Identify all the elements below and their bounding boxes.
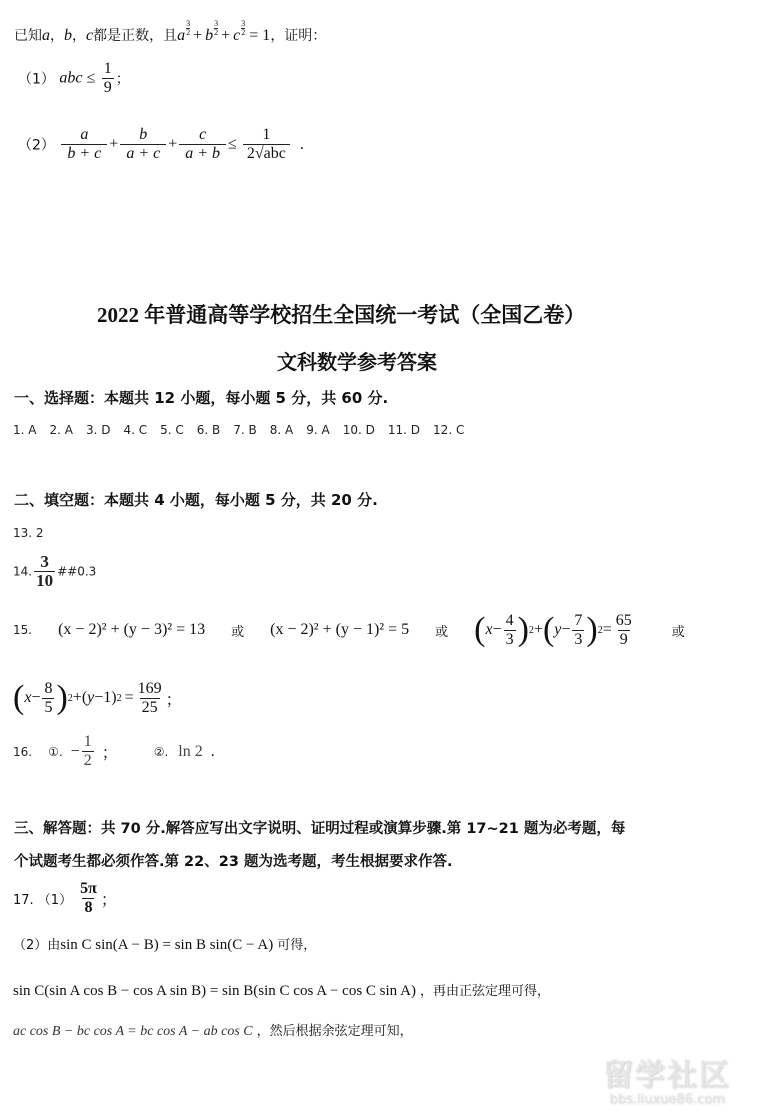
fraction: 19 <box>102 60 114 97</box>
suffix: ，然后根据余弦定理可知， <box>257 1024 413 1039</box>
equation: sin C(sin A cos B − cos A sin B) = sin B… <box>13 983 416 999</box>
var-b: b <box>64 27 72 44</box>
answer-item: 11. D <box>388 423 420 437</box>
answer-item: 1. A <box>13 423 36 437</box>
problem-part-2: （2） ab + c+ba + c+ca + b≤12√abc. <box>18 126 304 163</box>
intro-mid: 都是正数，且 <box>93 28 177 44</box>
section-3-heading-line1: 三、解答题：共 70 分.解答应写出文字说明、证明过程或演算步骤.第 17~21… <box>14 817 625 838</box>
leq: ≤ <box>228 136 237 153</box>
term-a: a <box>177 27 185 44</box>
sep: ， <box>50 28 64 44</box>
answer-ln2: ln 2 <box>178 743 202 761</box>
period: . <box>211 743 215 761</box>
alt-answer: ##0.3 <box>57 565 96 579</box>
answer-item: 4. C <box>123 423 147 437</box>
section-1-heading: 一、选择题：本题共 12 小题，每小题 5 分，共 60 分. <box>14 387 388 408</box>
answer-17-part2-line1: （2）由sin C sin(A − B) = sin B sin(C − A)可… <box>13 934 316 954</box>
page-title: 2022 年普通高等学校招生全国统一考试（全国乙卷） <box>97 299 585 329</box>
fraction: 5π8 <box>78 880 99 917</box>
choice-answers: 1. A2. A3. D4. C5. C6. B7. B8. A9. A10. … <box>13 423 464 437</box>
fraction: ca + b <box>179 126 226 163</box>
answer-item: 7. B <box>233 423 257 437</box>
page-subtitle: 文科数学参考答案 <box>277 346 437 375</box>
exponent: 32 <box>186 20 190 37</box>
answer-15: 15. (x − 2)² + (y − 3)² = 13 或 (x − 2)² … <box>13 606 685 654</box>
equation-3: (x−43)2+(y−73)2=659 <box>474 612 636 649</box>
part-marker: ②. <box>154 745 169 759</box>
answer-item: 5. C <box>160 423 184 437</box>
answer-item: 12. C <box>433 423 464 437</box>
fraction: 12 <box>82 733 94 770</box>
answer-item: 10. D <box>343 423 375 437</box>
equals-one: = 1 <box>249 27 270 44</box>
answer-15-continued: (x−85)2+(y−1)2=16925； <box>13 674 182 722</box>
answer-item: 6. B <box>197 423 221 437</box>
question-label: 15. <box>13 623 32 637</box>
plus: + <box>168 136 177 153</box>
answer-16: 16. ①. −12 ； ②. ln 2 . <box>13 733 215 770</box>
question-label: 14. <box>13 565 32 579</box>
plus: + <box>109 136 118 153</box>
part-label: （1） <box>18 72 55 88</box>
answer-item: 8. A <box>270 423 293 437</box>
part-label: （2） <box>18 138 55 154</box>
fraction: ab + c <box>61 126 107 163</box>
semicolon: ； <box>116 72 130 88</box>
exponent: 32 <box>214 20 218 37</box>
section-2-heading: 二、填空题：本题共 4 小题，每小题 5 分，共 20 分. <box>14 489 378 510</box>
sep: ， <box>72 28 86 44</box>
term-c: c <box>233 27 240 44</box>
fraction: 12√abc <box>243 126 290 163</box>
section-3-heading-line2: 个试题考生都必须作答.第 22、23 题为选考题，考生根据要求作答. <box>14 850 452 871</box>
question-label: 17. （1） <box>13 889 72 908</box>
var-a: a <box>42 27 50 44</box>
question-label: 16. <box>13 745 32 759</box>
suffix: 可得， <box>277 938 316 953</box>
answer-17-part1: 17. （1） 5π8 ； <box>13 880 117 917</box>
term-b: b <box>205 27 213 44</box>
suffix: ，再由正弦定理可得， <box>420 984 550 999</box>
answer-item: 9. A <box>306 423 329 437</box>
intro-prefix: 已知 <box>14 28 42 44</box>
equation: sin C sin(A − B) = sin B sin(C − A) <box>60 937 273 953</box>
answer-17-part2-line3: ac cos B − bc cos A = bc cos A − ab cos … <box>13 1020 413 1040</box>
semicolon: ； <box>102 740 118 763</box>
answer-17-part2-line2: sin C(sin A cos B − cos A sin B) = sin B… <box>13 980 550 1000</box>
or-text: 或 <box>435 621 448 640</box>
prefix: （2）由 <box>13 938 60 953</box>
part1-lhs: abc ≤ <box>59 70 95 87</box>
part-marker: ①. <box>48 745 63 759</box>
or-text: 或 <box>231 621 244 640</box>
equation-1: (x − 2)² + (y − 3)² = 13 <box>58 621 205 639</box>
answer-14: 14.310##0.3 <box>13 553 96 590</box>
equation-4: (x−85)2+(y−1)2=16925； <box>13 680 182 717</box>
equation: ac cos B − bc cos A = bc cos A − ab cos … <box>13 1024 253 1039</box>
plus: + <box>221 27 230 44</box>
answer-item: 2. A <box>49 423 72 437</box>
watermark-brand: 留学社区 <box>603 1050 731 1094</box>
fraction: 310 <box>34 553 55 590</box>
plus: + <box>193 27 202 44</box>
fraction: ba + c <box>120 126 166 163</box>
problem-part-1: （1） abc ≤ 19； <box>18 60 130 97</box>
answer-item: 3. D <box>86 423 111 437</box>
problem-intro: 已知a，b，c都是正数，且a32+b32+c32= 1，证明： <box>14 20 326 45</box>
watermark-logo: 留学社区 bbs.liuxue86.com <box>603 1050 731 1107</box>
answer-13: 13. 2 <box>13 526 44 540</box>
exponent: 32 <box>241 20 245 37</box>
or-text: 或 <box>672 621 685 640</box>
semicolon: ； <box>101 887 117 910</box>
intro-suffix: ，证明： <box>270 28 326 44</box>
watermark-url: bbs.liuxue86.com <box>603 1092 731 1107</box>
equation-2: (x − 2)² + (y − 1)² = 5 <box>270 621 409 639</box>
period: . <box>300 136 304 153</box>
